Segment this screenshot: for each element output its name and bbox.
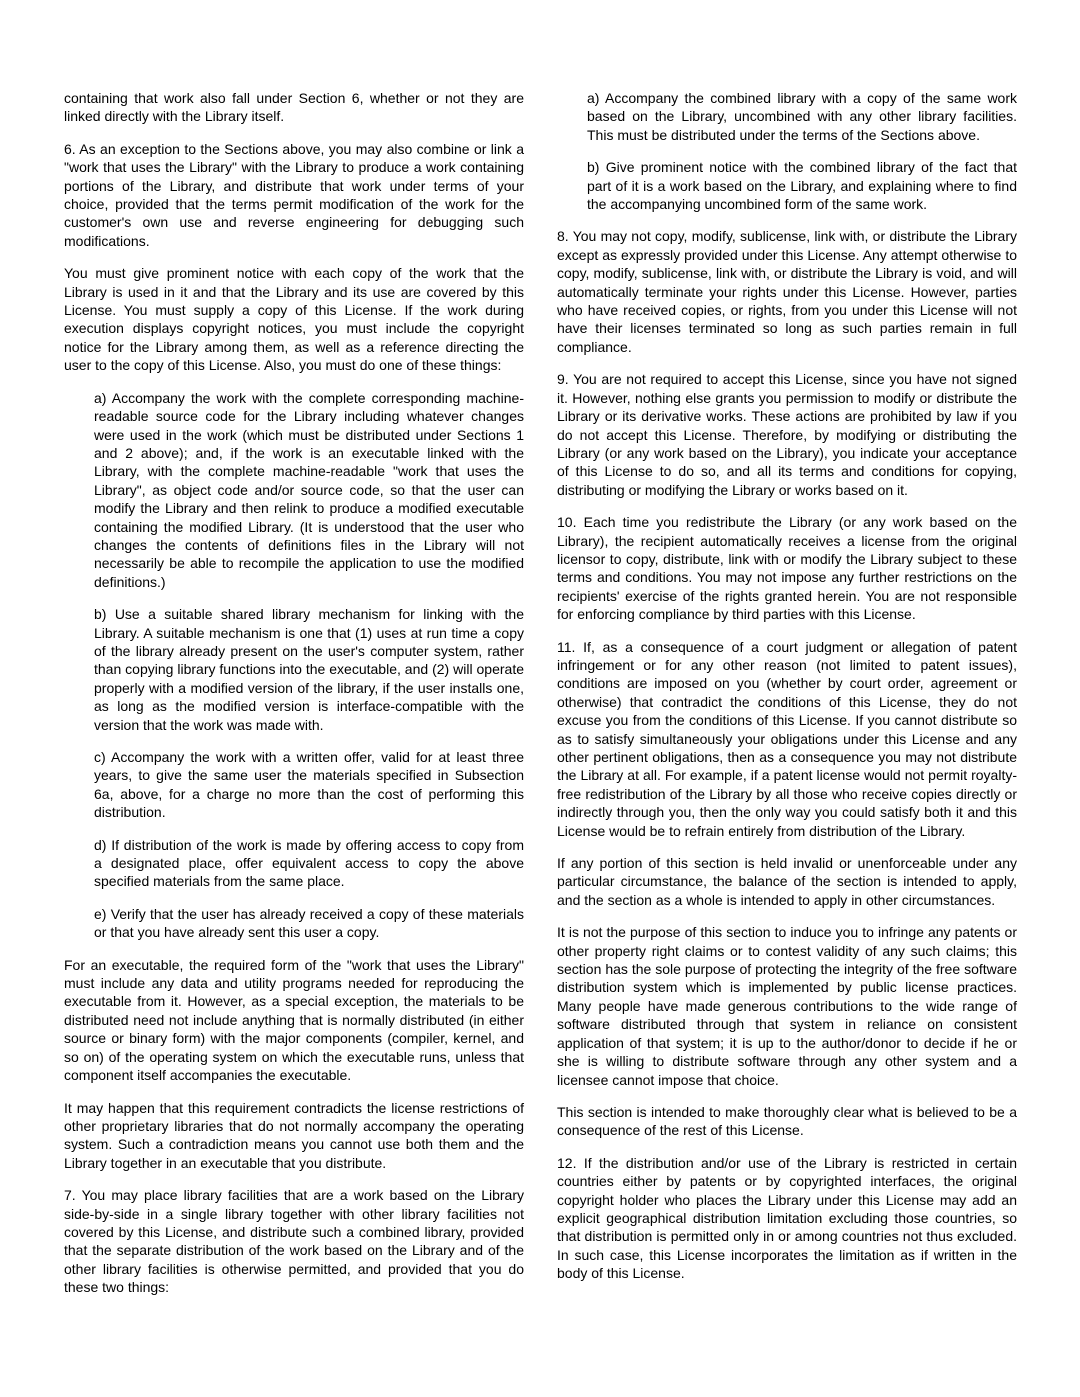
paragraph-section-intent: This section is intended to make thoroug… — [557, 1103, 1017, 1140]
paragraph-section-8: 8. You may not copy, modify, sublicense,… — [557, 227, 1017, 356]
list-item-6a: a) Accompany the work with the complete … — [94, 389, 524, 591]
list-item-7b: b) Give prominent notice with the combin… — [587, 158, 1017, 213]
list-item-7a: a) Accompany the combined library with a… — [587, 89, 1017, 144]
right-column: a) Accompany the combined library with a… — [557, 89, 1017, 1297]
list-item-6e: e) Verify that the user has already rece… — [94, 905, 524, 942]
paragraph-section-6: 6. As an exception to the Sections above… — [64, 140, 524, 250]
paragraph-prominent-notice: You must give prominent notice with each… — [64, 264, 524, 374]
left-column: containing that work also fall under Sec… — [64, 89, 524, 1311]
paragraph-section-12: 12. If the distribution and/or use of th… — [557, 1154, 1017, 1283]
list-item-6c: c) Accompany the work with a written off… — [94, 748, 524, 822]
paragraph-section-purpose: It is not the purpose of this section to… — [557, 923, 1017, 1089]
list-item-6b: b) Use a suitable shared library mechani… — [94, 605, 524, 734]
paragraph-executable-required-form: For an executable, the required form of … — [64, 956, 524, 1085]
paragraph-license-contradiction: It may happen that this requirement cont… — [64, 1099, 524, 1173]
paragraph-section5-continuation: containing that work also fall under Sec… — [64, 89, 524, 126]
paragraph-section-9: 9. You are not required to accept this L… — [557, 370, 1017, 499]
license-document-page: containing that work also fall under Sec… — [0, 0, 1080, 1397]
paragraph-section-11: 11. If, as a consequence of a court judg… — [557, 638, 1017, 840]
paragraph-severability: If any portion of this section is held i… — [557, 854, 1017, 909]
list-item-6d: d) If distribution of the work is made b… — [94, 836, 524, 891]
paragraph-section-7: 7. You may place library facilities that… — [64, 1186, 524, 1296]
paragraph-section-10: 10. Each time you redistribute the Libra… — [557, 513, 1017, 623]
